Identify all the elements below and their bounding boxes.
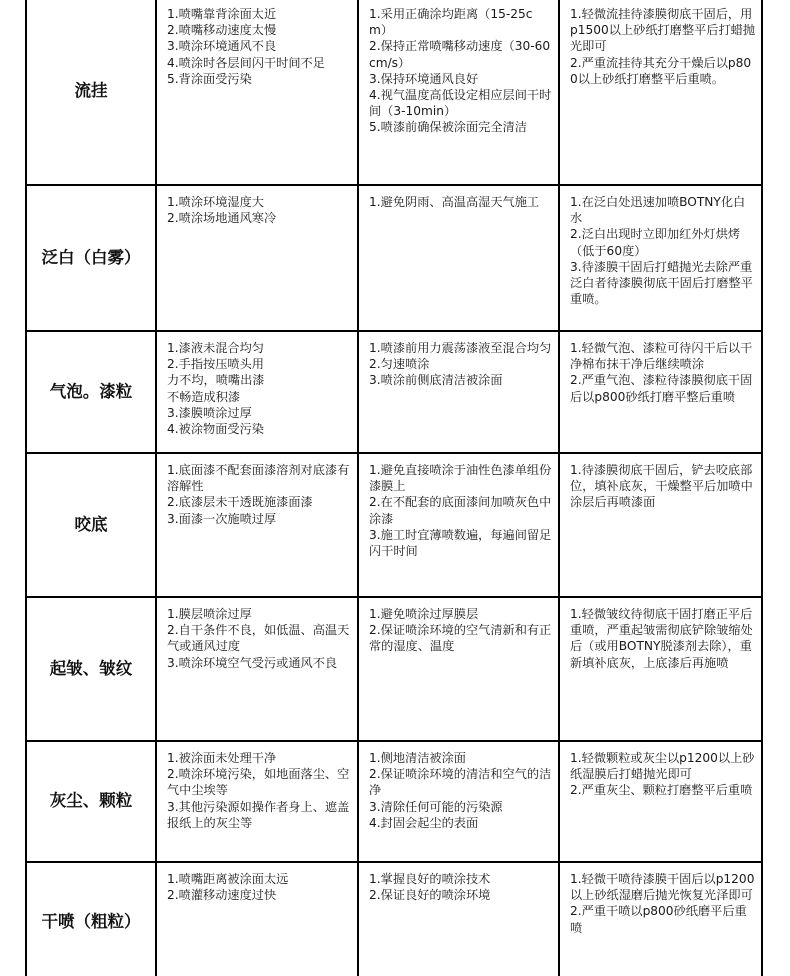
table-row: 气泡。漆粒 1.漆液未混合均匀 2.手指按压喷头用 力不均，喷嘴出漆 不畅造成积… <box>27 332 761 454</box>
paint-defect-table: 流挂 1.喷嘴靠背涂面太近 2.喷嘴移动速度太慢 3.喷涂环境通风不良 4.喷涂… <box>25 0 763 976</box>
table-row: 灰尘、颗粒 1.被涂面未处理干净 2.喷涂环境污染，如地面落尘、空气中尘埃等 3… <box>27 742 761 863</box>
prevention-cell: 1.掌握良好的喷涂技术 2.保证良好的喷涂环境 <box>359 863 560 976</box>
remedy-cell: 1.待漆膜彻底干固后，铲去咬底部位，填补底灰，干燥整平后加喷中涂层后再喷漆面 <box>560 454 761 596</box>
cause-cell: 1.漆液未混合均匀 2.手指按压喷头用 力不均，喷嘴出漆 不畅造成积漆 3.漆膜… <box>157 332 359 452</box>
table-row: 流挂 1.喷嘴靠背涂面太近 2.喷嘴移动速度太慢 3.喷涂环境通风不良 4.喷涂… <box>27 0 761 186</box>
defect-name-cell: 泛白（白雾） <box>27 186 157 330</box>
cause-cell: 1.喷嘴靠背涂面太近 2.喷嘴移动速度太慢 3.喷涂环境通风不良 4.喷涂时各层… <box>157 0 359 184</box>
prevention-cell: 1.避免直接喷涂于油性色漆单组份漆膜上 2.在不配套的底面漆间加喷灰色中涂漆 3… <box>359 454 560 596</box>
table-row: 干喷（粗粒） 1.喷嘴距离被涂面太远 2.喷灌移动速度过快 1.掌握良好的喷涂技… <box>27 863 761 976</box>
cause-cell: 1.膜层喷涂过厚 2.自干条件不良，如低温、高温天气或通风过度 3.喷涂环境空气… <box>157 598 359 740</box>
defect-name-cell: 流挂 <box>27 0 157 184</box>
remedy-cell: 1.轻微流挂待漆膜彻底干固后，用p1500以上砂纸打磨整平后打蜡抛光即可 2.严… <box>560 0 761 184</box>
defect-name-cell: 干喷（粗粒） <box>27 863 157 976</box>
cause-cell: 1.被涂面未处理干净 2.喷涂环境污染，如地面落尘、空气中尘埃等 3.其他污染源… <box>157 742 359 861</box>
remedy-cell: 1.轻微气泡、漆粒可待闪干后以干净棉布抹干净后继续喷涂 2.严重气泡、漆粒待漆膜… <box>560 332 761 452</box>
remedy-cell: 1.轻微颗粒或灰尘以p1200以上砂纸湿膜后打蜡抛光即可 2.严重灰尘、颗粒打磨… <box>560 742 761 861</box>
table-row: 泛白（白雾） 1.喷涂环境湿度大 2.喷涂场地通风寒冷 1.避免阴雨、高温高湿天… <box>27 186 761 332</box>
prevention-cell: 1.采用正确涂均距离（15-25cm） 2.保持正常喷嘴移动速度（30-60cm… <box>359 0 560 184</box>
cause-cell: 1.底面漆不配套面漆溶剂对底漆有溶解性 2.底漆层未干透既施漆面漆 3.面漆一次… <box>157 454 359 596</box>
prevention-cell: 1.避免阴雨、高温高湿天气施工 <box>359 186 560 330</box>
prevention-cell: 1.避免喷涂过厚膜层 2.保证喷涂环境的空气清新和有正常的湿度、温度 <box>359 598 560 740</box>
remedy-cell: 1.在泛白处迅速加喷BOTNY化白水 2.泛白出现时立即加红外灯烘烤（低于60度… <box>560 186 761 330</box>
remedy-cell: 1.轻微干喷待漆膜干固后以p1200以上砂纸湿磨后抛光恢复光泽即可 2.严重干喷… <box>560 863 761 976</box>
table-row: 咬底 1.底面漆不配套面漆溶剂对底漆有溶解性 2.底漆层未干透既施漆面漆 3.面… <box>27 454 761 598</box>
defect-name-cell: 咬底 <box>27 454 157 596</box>
prevention-cell: 1.侧地清洁被涂面 2.保证喷涂环境的清洁和空气的洁净 3.清除任何可能的污染源… <box>359 742 560 861</box>
table-row: 起皱、皱纹 1.膜层喷涂过厚 2.自干条件不良，如低温、高温天气或通风过度 3.… <box>27 598 761 742</box>
remedy-cell: 1.轻微皱纹待彻底干固打磨正平后重喷，严重起皱需彻底铲除皱缩处后（或用BOTNY… <box>560 598 761 740</box>
defect-name-cell: 起皱、皱纹 <box>27 598 157 740</box>
defect-name-cell: 气泡。漆粒 <box>27 332 157 452</box>
prevention-cell: 1.喷漆前用力震荡漆液至混合均匀 2.匀速喷涂 3.喷涂前侧底清洁被涂面 <box>359 332 560 452</box>
defect-name-cell: 灰尘、颗粒 <box>27 742 157 861</box>
cause-cell: 1.喷涂环境湿度大 2.喷涂场地通风寒冷 <box>157 186 359 330</box>
cause-cell: 1.喷嘴距离被涂面太远 2.喷灌移动速度过快 <box>157 863 359 976</box>
